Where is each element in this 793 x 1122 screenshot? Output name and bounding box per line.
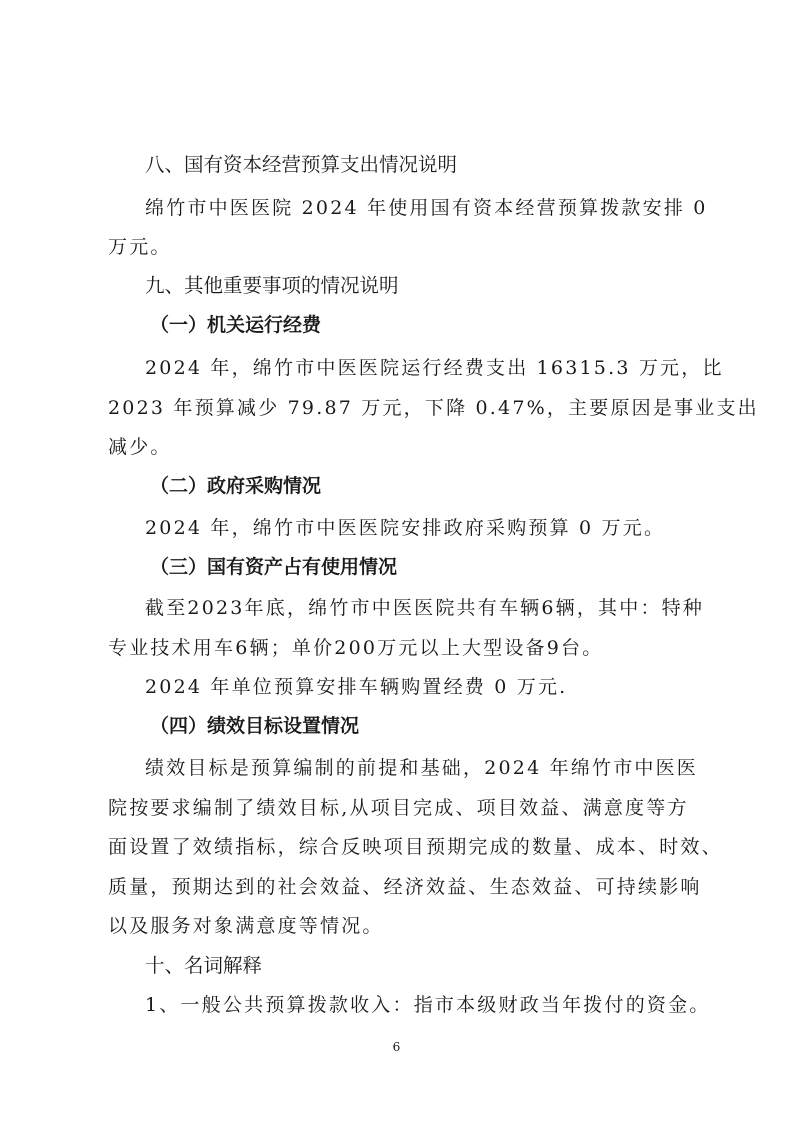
paragraph-line: 以及服务对象满意度等情况。 [108,914,384,938]
paragraph-line: 截至2023年底，绵竹市中医医院共有车辆6辆，其中：特种 [145,596,704,620]
paragraph-line: 2023 年预算减少 79.87 万元，下降 0.47%，主要原因是事业支出 [108,396,759,420]
paragraph-line: 面设置了效绩指标，综合反映项目预期完成的数量、成本、时效、 [108,835,723,859]
paragraph-line: 2024 年单位预算安排车辆购置经费 0 万元. [145,675,567,699]
subsection-heading-3: （三）国有资产占有使用情况 [150,555,397,579]
paragraph-line: 2024 年，绵竹市中医医院安排政府采购预算 0 万元。 [145,516,665,540]
section-heading-8: 八、国有资本经营预算支出情况说明 [145,153,457,177]
subsection-heading-2: （二）政府采购情况 [150,474,321,498]
paragraph-line: 绵竹市中医医院 2024 年使用国有资本经营预算拨款安排 0 [145,196,708,220]
document-page: 八、国有资本经营预算支出情况说明 绵竹市中医医院 2024 年使用国有资本经营预… [0,0,793,1122]
paragraph-line: 万元。 [108,235,172,259]
paragraph-line: 专业技术用车6辆；单价200万元以上大型设备9台。 [108,636,603,660]
paragraph-line: 减少。 [108,435,172,459]
paragraph-line: 质量，预期达到的社会效益、经济效益、生态效益、可持续影响 [108,875,702,899]
page-number: 6 [0,1040,793,1054]
subsection-heading-1: （一）机关运行经费 [150,313,321,337]
paragraph-line: 2024 年，绵竹市中医医院运行经费支出 16315.3 万元，比 [145,356,724,380]
section-heading-9: 九、其他重要事项的情况说明 [145,274,399,298]
section-heading-10: 十、名词解释 [145,954,262,978]
paragraph-line: 1、一般公共预算拨款收入：指市本级财政当年拨付的资金。 [145,993,711,1017]
paragraph-line: 绩效目标是预算编制的前提和基础，2024 年绵竹市中医医 [145,756,698,780]
subsection-heading-4: （四）绩效目标设置情况 [150,714,359,738]
paragraph-line: 院按要求编制了绩效目标,从项目完成、项目效益、满意度等方 [108,796,689,820]
